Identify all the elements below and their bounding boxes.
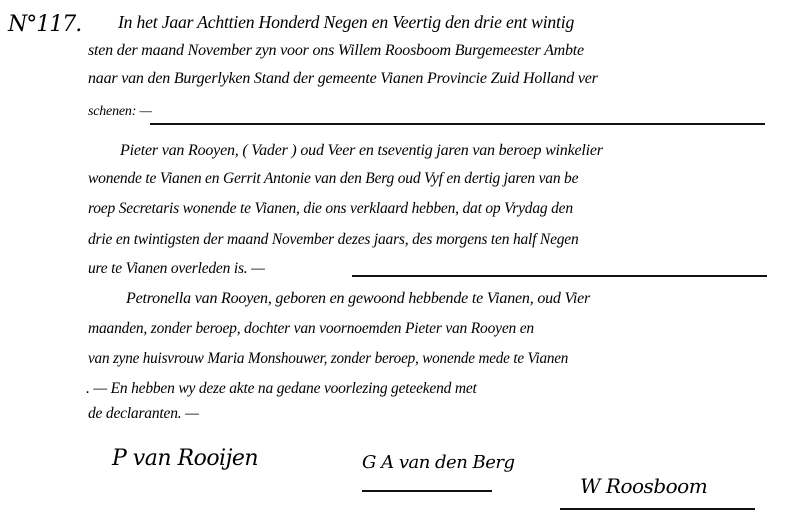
text-line: naar van den Burgerlyken Stand der gemee… [88, 70, 598, 88]
text-line: ure te Vianen overleden is. — [88, 260, 265, 278]
line-filler-rule [150, 123, 765, 125]
signature-underline [560, 508, 755, 510]
text-line: drie en twintigsten der maand November d… [88, 231, 579, 249]
text-line: sten der maand November zyn voor ons Wil… [88, 42, 584, 60]
line-filler-rule [352, 275, 767, 277]
text-line: In het Jaar Achttien Honderd Negen en Ve… [118, 12, 574, 33]
record-number: N°117. [8, 12, 81, 37]
text-line: de declaranten. — [88, 405, 199, 423]
text-line: schenen: — [88, 104, 152, 120]
death-record-page: N°117. In het Jaar Achttien Honderd Nege… [0, 0, 800, 521]
text-line: maanden, zonder beroep, dochter van voor… [88, 320, 534, 338]
signature-roosboom: W Roosboom [580, 474, 707, 498]
text-line: roep Secretaris wonende te Vianen, die o… [88, 200, 573, 218]
text-line: van zyne huisvrouw Maria Monshouwer, zon… [88, 350, 568, 368]
text-line: wonende te Vianen en Gerrit Antonie van … [88, 170, 578, 188]
signature-underline [362, 490, 492, 492]
signature-van-den-berg: G A van den Berg [362, 452, 515, 473]
text-line: . — En hebben wy deze akte na gedane voo… [86, 380, 477, 398]
text-line: Pieter van Rooyen, ( Vader ) oud Veer en… [120, 142, 603, 160]
signature-pieter-van-rooijen: P van Rooijen [112, 446, 258, 471]
text-line: Petronella van Rooyen, geboren en gewoon… [126, 290, 590, 308]
